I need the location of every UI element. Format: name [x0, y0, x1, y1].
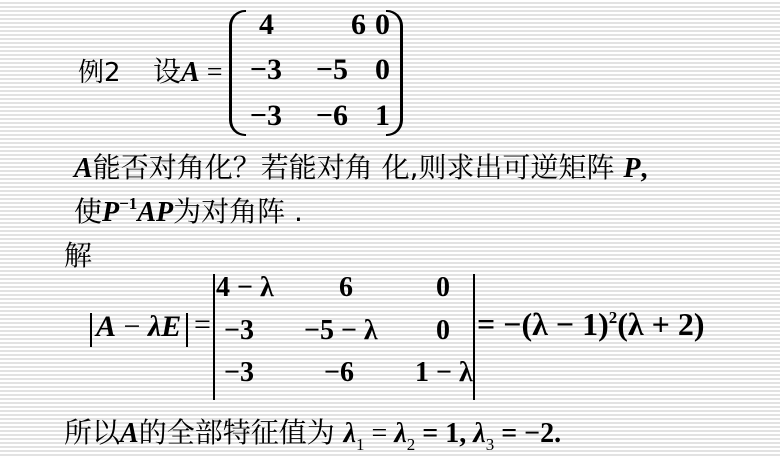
det-cell: 4 − λ: [216, 272, 274, 304]
determinant-bar-left: [213, 274, 215, 400]
det-cell: 0: [436, 315, 450, 347]
eigen-prefix: 所以: [64, 416, 120, 449]
matrix-cell: 1: [330, 99, 390, 133]
var-p: P: [623, 153, 640, 184]
lambda-e: λE: [148, 310, 181, 343]
equals-sign: =: [194, 308, 211, 342]
result-factor-1: = −(λ − 1): [477, 306, 609, 342]
result-exponent: 2: [609, 308, 618, 327]
var-ap: AP: [137, 197, 173, 228]
subscript: 3: [486, 435, 495, 454]
det-cell: −3: [224, 315, 254, 347]
determinant-lhs: A − λE: [96, 310, 181, 344]
eigenvalues-line: 所以A的全部特征值为 λ1 = λ2 = 1, λ3 = −2.: [64, 411, 561, 455]
lambda-3: λ: [473, 418, 485, 449]
matrix-cell: −3: [222, 53, 282, 87]
equals: =: [365, 418, 395, 449]
question-prefix: 使: [74, 195, 102, 228]
comma: ,: [641, 153, 648, 184]
det-cell: 0: [436, 272, 450, 304]
question-text: 为对角阵 .: [173, 195, 303, 228]
example-label: 例2: [78, 52, 121, 89]
set-prefix: 设: [153, 55, 181, 88]
matrix-cell: 0: [330, 8, 390, 42]
lambda-1: λ: [344, 418, 356, 449]
var-a: A: [74, 153, 93, 184]
determinant-result: = −(λ − 1)2(λ + 2): [477, 306, 705, 343]
det-cell: −5 − λ: [304, 315, 378, 347]
minus: −: [116, 310, 148, 343]
solution-label: 解: [64, 234, 92, 274]
lambda-2: λ: [394, 418, 406, 449]
subscript: 1: [356, 435, 365, 454]
abs-bar-right: [186, 313, 188, 347]
equals-sign: =: [207, 57, 223, 88]
abs-bar-left: [90, 313, 92, 347]
var-a: A: [120, 418, 139, 449]
inverse-exponent: −1: [119, 194, 137, 213]
value-1: = 1,: [415, 418, 473, 449]
matrix-name: A: [181, 57, 200, 88]
matrix-definition-label: 设A =: [153, 50, 223, 90]
var-a: A: [96, 310, 116, 343]
subscript: 2: [407, 435, 416, 454]
det-cell: 1 − λ: [415, 357, 473, 389]
matrix-cell: 0: [330, 53, 390, 87]
det-cell: −3: [224, 357, 254, 389]
matrix-cell: −3: [222, 99, 282, 133]
result-factor-2: (λ + 2): [617, 306, 704, 342]
question-line-1: A能否对角化？若能对角 化,则求出可逆矩阵 P,: [74, 146, 648, 186]
var-p: P: [102, 197, 119, 228]
det-cell: −6: [324, 357, 354, 389]
question-text: 能否对角化？若能对角 化,则求出可逆矩阵: [93, 151, 624, 184]
matrix-cell: 4: [214, 8, 274, 42]
eigen-text: 的全部特征值为: [139, 416, 344, 449]
determinant-bar-right: [473, 274, 475, 400]
det-cell: 6: [339, 272, 353, 304]
question-line-2: 使P−1AP为对角阵 .: [74, 190, 303, 230]
value-minus-2: = −2.: [494, 418, 561, 449]
